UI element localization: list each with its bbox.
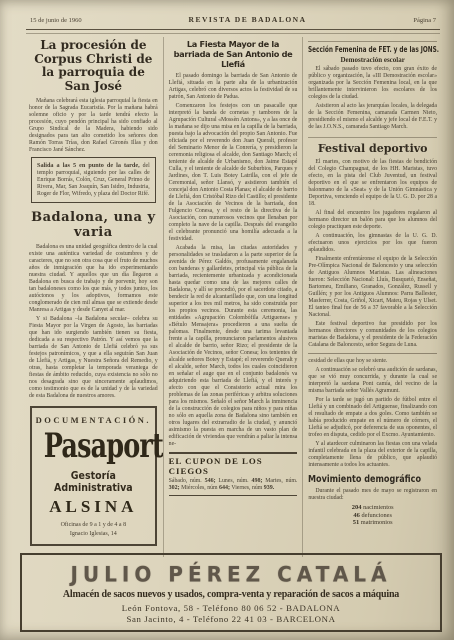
headline-demografico: Movimiento demográfico <box>308 474 417 485</box>
header-rule <box>26 29 440 34</box>
stat-marriages: 51 matrimonios <box>308 519 437 527</box>
newspaper-page: 15 de junio de 1960 REVISTA DE BADALONA … <box>0 0 454 640</box>
julio-perez-catala-address-barcelona: San Jacinto, 4 - Teléfono 22 41 03 - BAR… <box>28 614 434 625</box>
stat-deaths: 46 defunciones <box>308 512 437 520</box>
headline-seccion: Sección Femenina de FET. y de las JONS. <box>308 45 401 54</box>
headline-festival: Festival deportivo <box>308 137 437 155</box>
festival-paragraph: A continuación, los gimnastas de la U. G… <box>308 233 437 254</box>
pasaportes-ad-gestoria: Gestoría Administrativa <box>41 470 146 494</box>
cupon-ciegos-numbers: Sábado, núm. 546; Lunes, núm. 498; Marte… <box>169 478 298 492</box>
continuation-paragraph: Por la tarde se jugó un partido de fútbo… <box>308 397 437 439</box>
cupon-ciegos-title: EL CUPON DE LOS CIEGOS <box>169 456 298 476</box>
corpus-paragraph: Mañana celebrará esta iglesia parroquial… <box>29 98 158 154</box>
pasaportes-ad-address: Ignacio Iglesias, 14 <box>35 531 152 537</box>
issue-date: 15 de junio de 1960 <box>30 17 82 24</box>
fiesta-paragraph: Acabada la misa, las citadas autoridades… <box>169 245 298 448</box>
festival-paragraph: El martes, con motivo de las fiestas de … <box>308 159 437 208</box>
demografico-intro: Durante el pasado mes de mayo se registr… <box>308 488 437 502</box>
column-middle: La Fiesta Mayor de la barriada de San An… <box>163 37 304 557</box>
julio-perez-catala-title: JULIO PÉREZ CATALÁ <box>28 561 434 587</box>
headline-badalona: Badalona, una y varia <box>29 210 158 240</box>
headline-seccion-wrap: Sección Femenina de FET. y de las JONS. <box>308 41 437 54</box>
pasaportes-ad-alsina: ALSINA <box>35 497 152 517</box>
julio-perez-catala-subtitle: Almacén de sacos nuevos y usados, compra… <box>34 589 428 600</box>
continuation-paragraph: Y al atardecer culminaron las fiestas co… <box>308 441 437 469</box>
column-left: La procesión de Corpus Christi de la par… <box>24 37 163 557</box>
subhead-demostracion: Demostración escolar <box>308 56 437 64</box>
columns-container: La procesión de Corpus Christi de la par… <box>24 37 442 557</box>
pasaportes-ad-title: Pasaportes <box>44 427 143 466</box>
julio-perez-catala-address-badalona: León Fontova, 58 - Teléfono 80 06 52 - B… <box>28 603 434 614</box>
masthead: REVISTA DE BADALONA <box>189 15 307 24</box>
fiesta-paragraph: Comenzaron los festejos con un pasacalle… <box>169 103 298 243</box>
fiesta-paragraph: El pasado domingo la barriada de San Ant… <box>169 73 298 101</box>
headline-fiesta: La Fiesta Mayor de la barriada de San An… <box>169 39 298 69</box>
festival-paragraph: Al final del encuentro los jugadores reg… <box>308 210 437 231</box>
stat-births: 204 nacimientos <box>308 504 437 512</box>
pasaportes-ad: DOCUMENTACIÓN. Pasaportes Gestoría Admin… <box>30 406 157 546</box>
badalona-paragraph: Y si Badalona –la Badalona secular– cele… <box>29 316 158 400</box>
page-header: 15 de junio de 1960 REVISTA DE BADALONA … <box>30 15 436 24</box>
pasaportes-ad-hours: Oficinas de 9 a 1 y de 4 a 8 <box>35 522 152 528</box>
salida-lead: Salida a las 5 en punto de la tarde, <box>37 162 140 169</box>
festival-paragraph: Finalmente enfrentáronse el equipo de la… <box>308 256 437 319</box>
page-number: Página 7 <box>413 17 436 24</box>
article-separator-rule <box>308 353 437 354</box>
cupon-ciegos-box: EL CUPON DE LOS CIEGOS Sábado, núm. 546;… <box>169 452 298 496</box>
seccion-paragraph: Asistieron al acto las jerarquías locale… <box>308 103 437 131</box>
festival-paragraph: Este festival deportivo fue presidido po… <box>308 321 437 349</box>
julio-perez-catala-ad: JULIO PÉREZ CATALÁ Almacén de sacos nuev… <box>20 553 442 632</box>
continuation-paragraph: cesidad de ellas que hoy se siente. <box>308 358 437 365</box>
continuation-paragraph: A continuación se celebró una audición d… <box>308 367 437 395</box>
badalona-paragraph: Badalona es una unidad geográfica dentro… <box>29 244 158 314</box>
headline-corpus: La procesión de Corpus Christi de la par… <box>29 39 158 93</box>
seccion-paragraph: El sábado pasado tuvo efecto, con gran é… <box>308 66 437 101</box>
pasaportes-ad-header: DOCUMENTACIÓN. <box>35 415 152 425</box>
salida-box: Salida a las 5 en punto de la tarde, del… <box>31 157 156 203</box>
column-right: Sección Femenina de FET. y de las JONS. … <box>303 37 442 557</box>
